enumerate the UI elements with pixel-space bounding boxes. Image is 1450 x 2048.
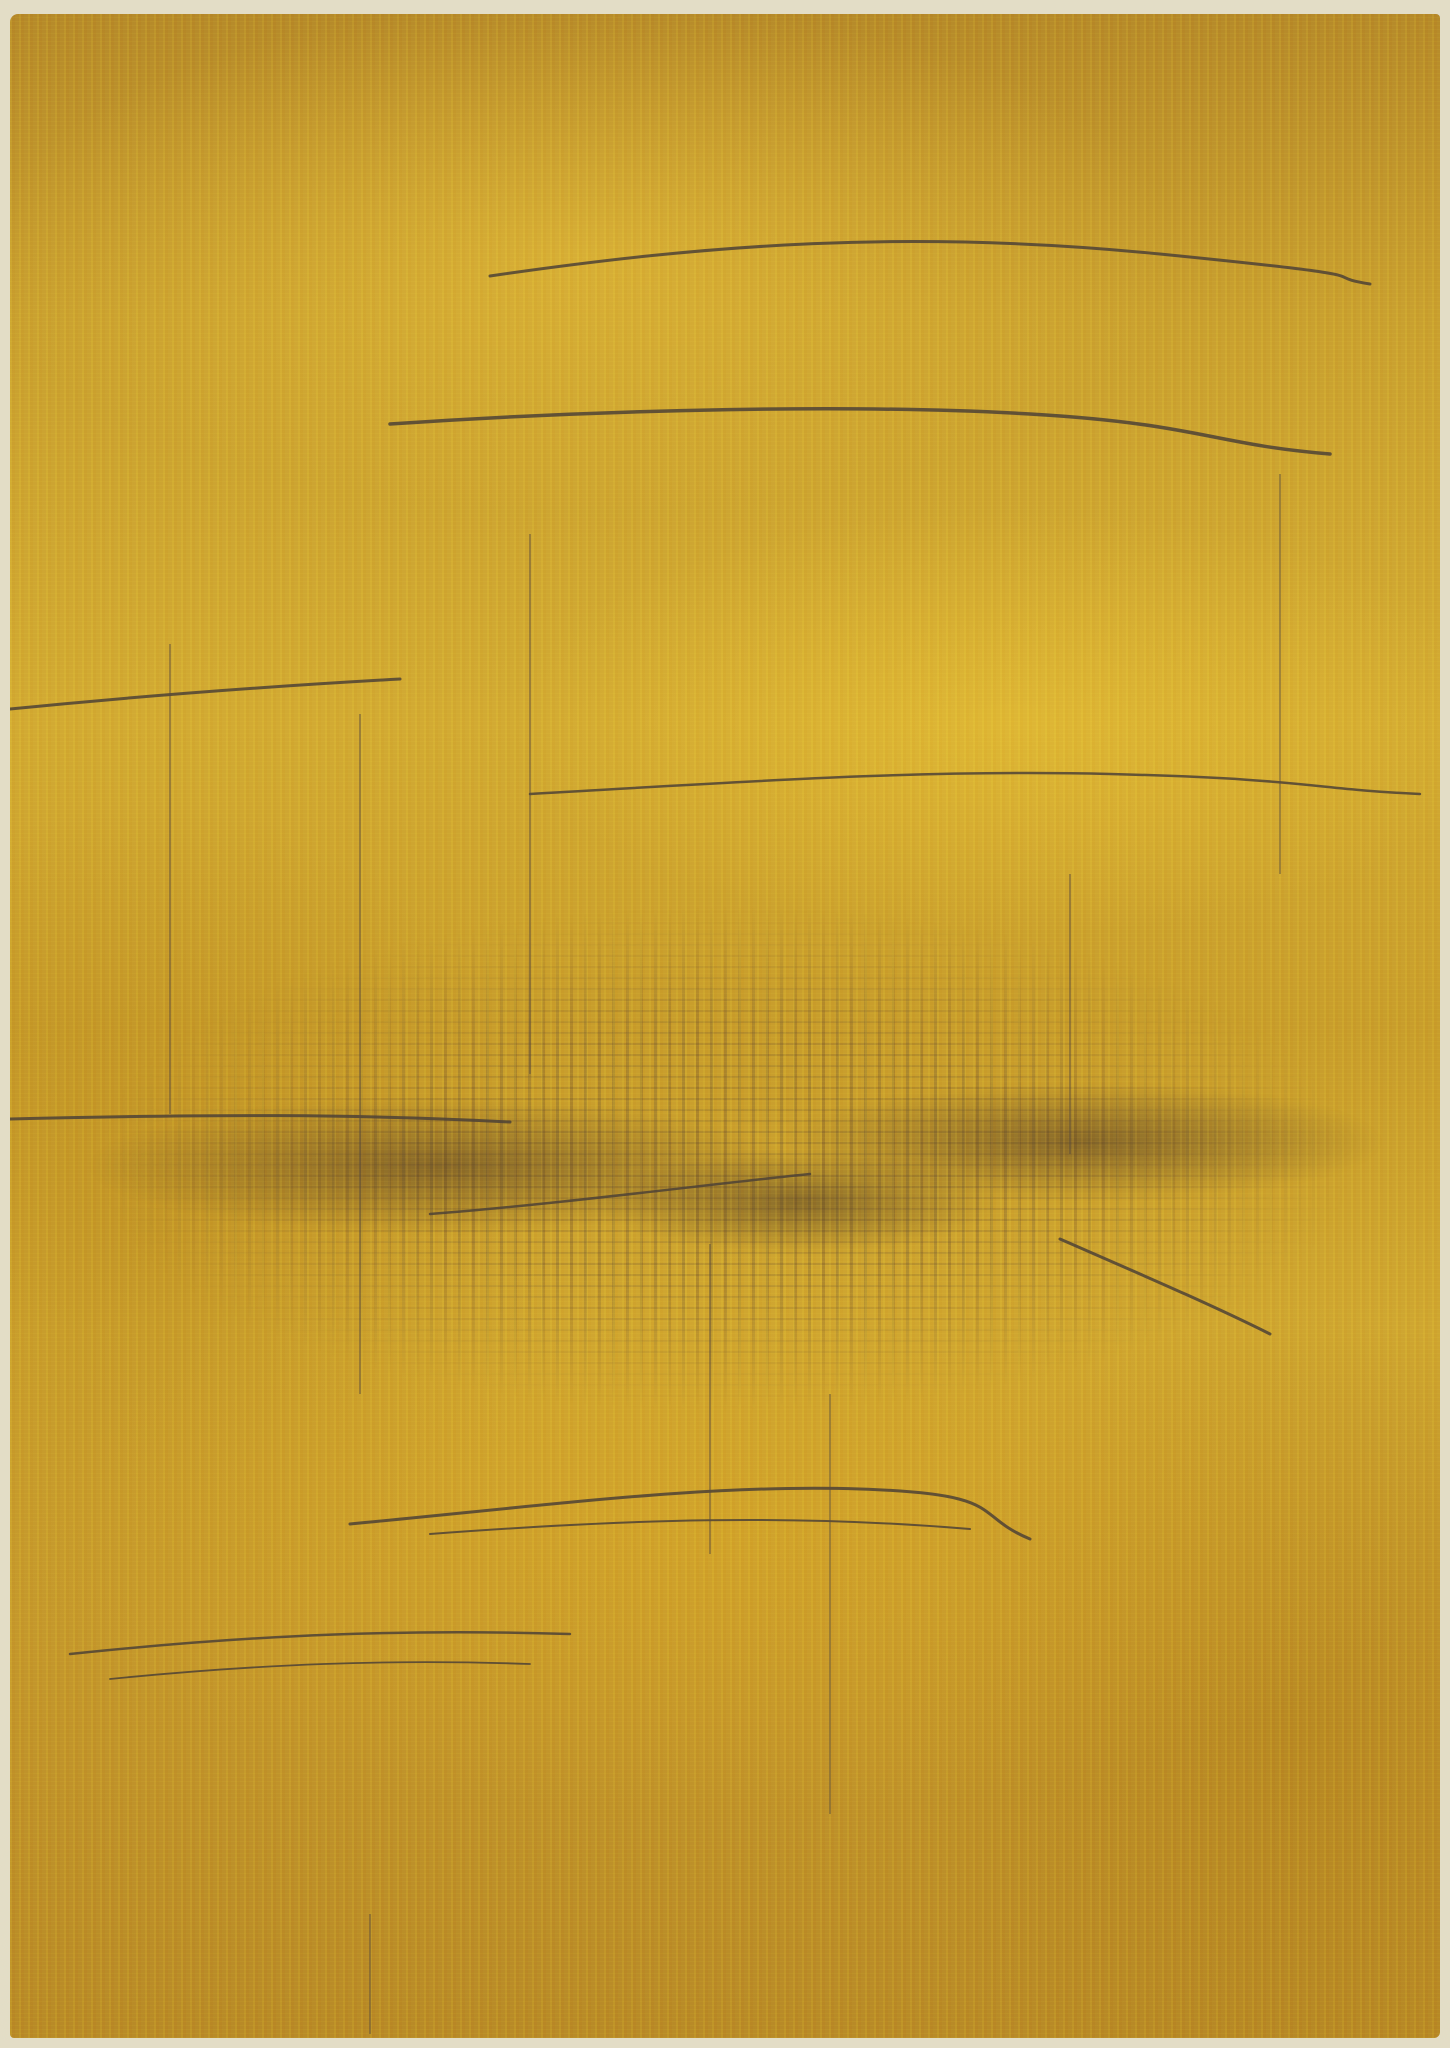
rug-sketch-lines xyxy=(10,14,1440,2038)
rug-photo xyxy=(10,14,1440,2038)
